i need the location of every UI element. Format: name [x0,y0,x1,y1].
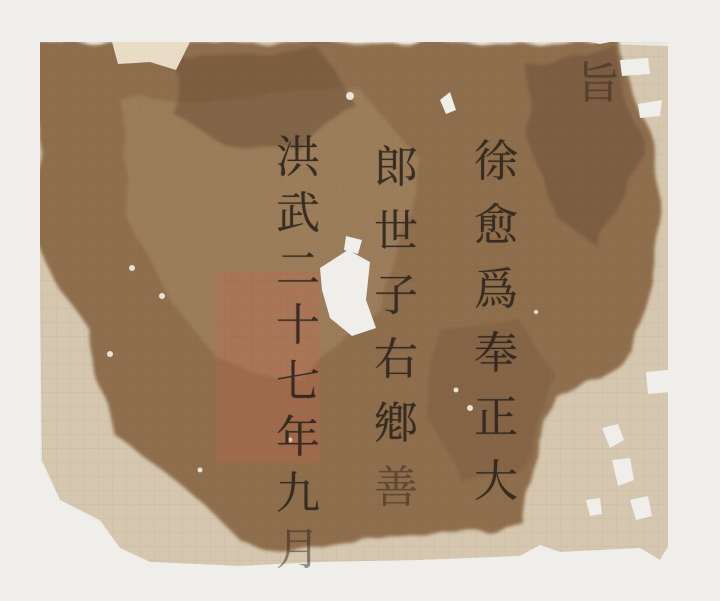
glyph: 正 [474,396,518,444]
text-column-3: 郎 世 子 右 鄕 善 [374,146,418,514]
glyph: 愈 [474,204,518,252]
glyph: 二 [276,248,320,296]
glyph: 郎 [374,146,418,194]
glyph: 月 [276,528,320,576]
glyph: 右 [374,338,418,386]
glyph: 武 [276,192,320,240]
glyph: 子 [374,274,418,322]
glyph: 洪 [276,136,320,184]
glyph: 徐 [474,140,518,188]
glyph: 九 [276,472,320,520]
glyph: 爲 [474,268,518,316]
glyph: 年 [276,416,320,464]
text-column-2: 徐 愈 爲 奉 正 大 [474,140,518,508]
glyph: 善 [374,466,418,514]
glyph: 世 [374,210,418,258]
glyph: 七 [276,360,320,408]
glyph: 十 [276,304,320,352]
glyph: 旨 [576,62,620,110]
glyph: 奉 [474,332,518,380]
document-photo: 旨 徐 愈 爲 奉 正 大 郎 世 子 右 鄕 善 洪 武 二 十 七 年 九 … [0,0,720,601]
text-column-1: 旨 [576,62,620,110]
text-column-4: 洪 武 二 十 七 年 九 月 [276,136,320,576]
glyph: 鄕 [374,402,418,450]
glyph: 大 [474,460,518,508]
